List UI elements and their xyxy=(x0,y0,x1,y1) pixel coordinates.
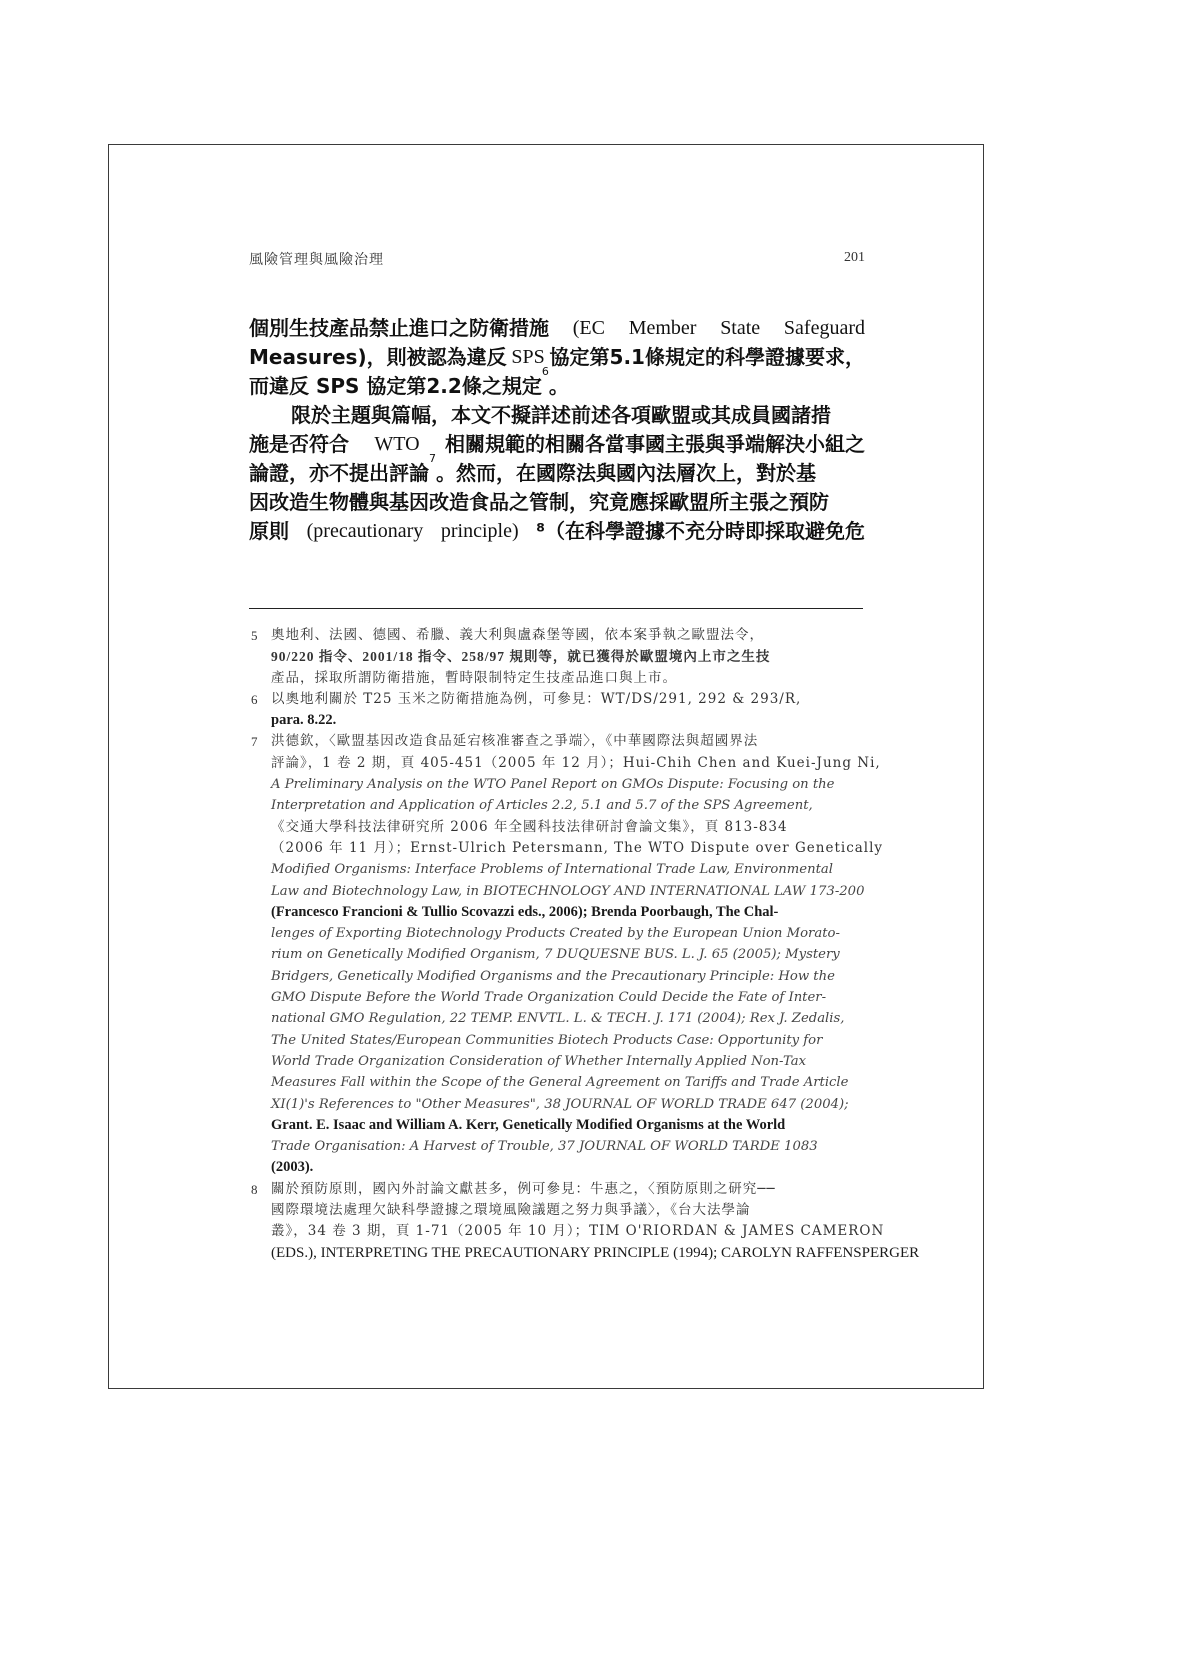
text-span: Bridgers, Genetically Modified Organisms… xyxy=(271,966,835,987)
text-span: ⁸（在科學證據不充分時即採取避免危 xyxy=(536,517,865,546)
text-span: WTO xyxy=(374,430,419,459)
text-span: Modified Organisms: Interface Problems o… xyxy=(271,859,833,880)
text-span: 個別生技產品禁止進口之防衛措施 xyxy=(249,314,549,343)
footnote-line: Modified Organisms: Interface Problems o… xyxy=(271,859,865,880)
footnote-7: 7 洪德欽，〈歐盟基因改造食品延宕核准審查之爭端〉，《中華國際法與超國界法 評論… xyxy=(249,731,865,1178)
footnote-line: 產品，採取所謂防衛措施，暫時限制特定生技產品進口與上市。 xyxy=(271,668,865,689)
footnote-line: 叢》，34 卷 3 期，頁 1-71（2005 年 10 月）；TIM O'RI… xyxy=(271,1221,865,1242)
footnote-line: Bridgers, Genetically Modified Organisms… xyxy=(271,966,865,987)
text-span: 國際環境法處理欠缺科學證據之環境風險議題之努力與爭議〉，《台大法學論 xyxy=(271,1200,751,1221)
text-span: (2003). xyxy=(271,1157,313,1178)
text-span: 論證，亦不提出評論 xyxy=(249,459,429,488)
text-span: 。然而，在國際法與國內法層次上，對於基 xyxy=(436,459,816,488)
text-span: A Preliminary Analysis on the WTO Panel … xyxy=(271,774,834,795)
text-span: Trade Organisation: A Harvest of Trouble… xyxy=(271,1136,818,1157)
body-line: 原則 (precautionary principle) ⁸（在科學證據不充分時… xyxy=(249,517,865,546)
text-span: GMO Dispute Before the World Trade Organ… xyxy=(271,987,826,1008)
footnote-line: Interpretation and Application of Articl… xyxy=(271,795,865,816)
footnote-line: 洪德欽，〈歐盟基因改造食品延宕核准審查之爭端〉，《中華國際法與超國界法 xyxy=(271,731,865,752)
footnote-line: 以奧地利關於 T25 玉米之防衛措施為例，可參見：WT/DS/291, 292 … xyxy=(271,689,865,710)
footnote-line: 評論》，1 卷 2 期，頁 405-451（2005 年 12 月）；Hui-C… xyxy=(271,753,865,774)
text-span: 90/220 指令、2001/18 指令、258/97 規則等，就已獲得於歐盟境… xyxy=(271,646,770,667)
text-span: 評論》，1 卷 2 期，頁 405-451（2005 年 12 月）；Hui-C… xyxy=(271,753,881,774)
footnote-line: Grant. E. Isaac and William A. Kerr, Gen… xyxy=(271,1115,865,1136)
footnote-number: 8 xyxy=(251,1179,258,1200)
footnote-line: (EDS.), INTERPRETING THE PRECAUTIONARY P… xyxy=(271,1243,865,1264)
body-text: 個別生技產品禁止進口之防衛措施 (EC Member State Safegua… xyxy=(249,314,865,546)
text-span: 關於預防原則，國內外討論文獻甚多，例可參見：牛惠之，〈預防原則之研究── xyxy=(271,1179,776,1200)
body-line: 個別生技產品禁止進口之防衛措施 (EC Member State Safegua… xyxy=(249,314,865,343)
footnote-line: national GMO Regulation, 22 TEMP. ENVTL.… xyxy=(271,1008,865,1029)
text-span: Interpretation and Application of Articl… xyxy=(271,795,813,816)
text-span: The United States/European Communities B… xyxy=(271,1030,822,1051)
page-number: 201 xyxy=(844,250,865,266)
text-span: 《交通大學科技法律研究所 2006 年全國科技法律研討會論文集》，頁 813-8… xyxy=(271,817,788,838)
body-line: Measures)，則被認為違反 SPS 協定第5.1條規定的科學證據要求， xyxy=(249,343,865,372)
footnote-line: Measures Fall within the Scope of the Ge… xyxy=(271,1072,865,1093)
body-line: 因改造生物體與基因改造食品之管制，究竟應採歐盟所主張之預防 xyxy=(249,488,865,517)
footnote-line: XI(1)'s References to "Other Measures", … xyxy=(271,1094,865,1115)
footnotes: 5 奧地利、法國、德國、希臘、義大利與盧森堡等國，依本案爭執之歐盟法令， 90/… xyxy=(249,625,865,1264)
footnote-line: (2003). xyxy=(271,1157,865,1178)
footnote-line: （2006 年 11 月）；Ernst-Ulrich Petersmann, T… xyxy=(271,838,865,859)
footnote-divider xyxy=(249,608,863,609)
footnote-ref-7[interactable]: 7 xyxy=(429,459,436,488)
text-span: principle) xyxy=(441,517,519,546)
footnote-line: 90/220 指令、2001/18 指令、258/97 規則等，就已獲得於歐盟境… xyxy=(271,646,865,667)
footnote-line: The United States/European Communities B… xyxy=(271,1030,865,1051)
text-span: Law and Biotechnology Law, in BIOTECHNOL… xyxy=(271,881,864,902)
text-span: 叢》，34 卷 3 期，頁 1-71（2005 年 10 月）；TIM O'RI… xyxy=(271,1221,884,1242)
text-span: Safeguard xyxy=(784,314,865,343)
text-span: lenges of Exporting Biotechnology Produc… xyxy=(271,923,840,944)
footnote-line: World Trade Organization Consideration o… xyxy=(271,1051,865,1072)
body-line: 而違反 SPS 協定第2.2條之規定6。 xyxy=(249,372,865,401)
text-span: 原則 xyxy=(249,517,289,546)
running-title: 風險管理與風險治理 xyxy=(249,249,384,269)
text-span: 而違反 SPS 協定第2.2條之規定 xyxy=(249,372,542,401)
text-span: 相關規範的相關各當事國主張與爭端解決小組之 xyxy=(445,430,865,459)
text-span: 洪德欽，〈歐盟基因改造食品延宕核准審查之爭端〉，《中華國際法與超國界法 xyxy=(271,731,758,752)
text-span: para. 8.22. xyxy=(271,710,336,731)
footnote-number: 6 xyxy=(251,689,258,710)
text-span: 。 xyxy=(549,372,569,401)
footnote-5: 5 奧地利、法國、德國、希臘、義大利與盧森堡等國，依本案爭執之歐盟法令， 90/… xyxy=(249,625,865,689)
footnote-line: (Francesco Francioni & Tullio Scovazzi e… xyxy=(271,902,865,923)
text-span: Measures)，則被認為違反 xyxy=(249,343,507,372)
text-span: (precautionary xyxy=(307,517,424,546)
footnote-line: GMO Dispute Before the World Trade Organ… xyxy=(271,987,865,1008)
footnote-line: rium on Genetically Modified Organism, 7… xyxy=(271,944,865,965)
body-line: 限於主題與篇幅，本文不擬詳述前述各項歐盟或其成員國諸措 xyxy=(249,401,865,430)
footnote-number: 7 xyxy=(251,731,258,752)
text-span: Member xyxy=(629,314,697,343)
footnote-line: A Preliminary Analysis on the WTO Panel … xyxy=(271,774,865,795)
footnote-number: 5 xyxy=(251,625,258,646)
text-span: State xyxy=(720,314,760,343)
text-span: 協定第5.1條規定的科學證據要求， xyxy=(550,343,865,372)
footnote-line: 國際環境法處理欠缺科學證據之環境風險議題之努力與爭議〉，《台大法學論 xyxy=(271,1200,865,1221)
footnote-line: lenges of Exporting Biotechnology Produc… xyxy=(271,923,865,944)
text-span: Grant. E. Isaac and William A. Kerr, Gen… xyxy=(271,1115,785,1136)
footnote-8: 8 關於預防原則，國內外討論文獻甚多，例可參見：牛惠之，〈預防原則之研究── 國… xyxy=(249,1179,865,1264)
text-span: 施是否符合 xyxy=(249,430,349,459)
text-span: 限於主題與篇幅，本文不擬詳述前述各項歐盟或其成員國諸措 xyxy=(291,401,831,430)
footnote-ref-6[interactable]: 6 xyxy=(542,372,549,401)
text-span: 因改造生物體與基因改造食品之管制，究竟應採歐盟所主張之預防 xyxy=(249,488,829,517)
text-span: (Francesco Francioni & Tullio Scovazzi e… xyxy=(271,902,778,923)
body-line: 施是否符合 WTO 相關規範的相關各當事國主張與爭端解決小組之 xyxy=(249,430,865,459)
text-span: national GMO Regulation, 22 TEMP. ENVTL.… xyxy=(271,1008,844,1029)
footnote-line: Trade Organisation: A Harvest of Trouble… xyxy=(271,1136,865,1157)
running-header: 風險管理與風險治理 201 xyxy=(249,249,865,269)
text-span: World Trade Organization Consideration o… xyxy=(271,1051,806,1072)
footnote-line: para. 8.22. xyxy=(271,710,865,731)
text-span: (EDS.), INTERPRETING THE PRECAUTIONARY P… xyxy=(271,1243,919,1264)
text-span: SPS xyxy=(511,343,544,372)
footnote-line: 《交通大學科技法律研究所 2006 年全國科技法律研討會論文集》，頁 813-8… xyxy=(271,817,865,838)
footnote-line: 關於預防原則，國內外討論文獻甚多，例可參見：牛惠之，〈預防原則之研究── xyxy=(271,1179,865,1200)
text-span: 產品，採取所謂防衛措施，暫時限制特定生技產品進口與上市。 xyxy=(271,668,677,689)
text-span: 以奧地利關於 T25 玉米之防衛措施為例，可參見：WT/DS/291, 292 … xyxy=(271,689,801,710)
footnote-line: Law and Biotechnology Law, in BIOTECHNOL… xyxy=(271,881,865,902)
text-span: （2006 年 11 月）；Ernst-Ulrich Petersmann, T… xyxy=(271,838,883,859)
text-span: XI(1)'s References to "Other Measures", … xyxy=(271,1094,849,1115)
footnote-6: 6 以奧地利關於 T25 玉米之防衛措施為例，可參見：WT/DS/291, 29… xyxy=(249,689,865,732)
text-span: Measures Fall within the Scope of the Ge… xyxy=(271,1072,848,1093)
text-span: (EC xyxy=(573,314,605,343)
text-span: rium on Genetically Modified Organism, 7… xyxy=(271,944,840,965)
footnote-line: 奧地利、法國、德國、希臘、義大利與盧森堡等國，依本案爭執之歐盟法令， xyxy=(271,625,865,646)
text-span: 奧地利、法國、德國、希臘、義大利與盧森堡等國，依本案爭執之歐盟法令， xyxy=(271,625,764,646)
body-line: 論證，亦不提出評論7。然而，在國際法與國內法層次上，對於基 xyxy=(249,459,865,488)
